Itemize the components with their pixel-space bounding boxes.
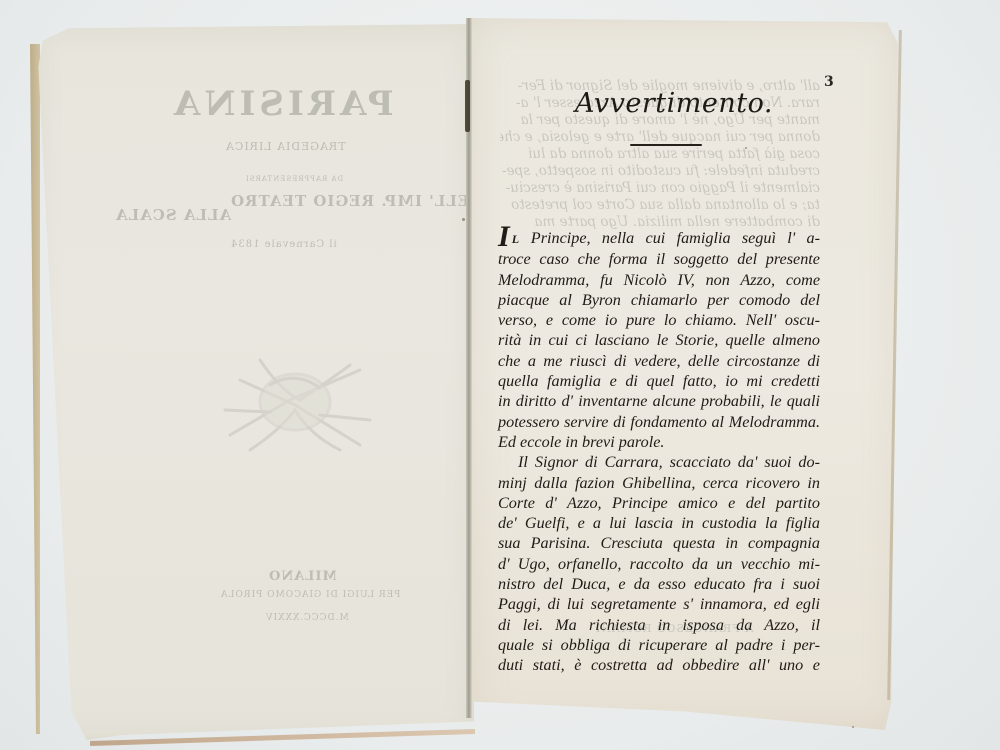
showthrough-emblem-icon — [210, 340, 380, 470]
text-line: quale si obbliga di ricuperare al padre … — [498, 635, 820, 655]
showthrough-line: creduta infedele: fu custodito in sospet… — [500, 163, 820, 180]
showthrough-venue-line2: ALLA SCALA — [115, 206, 231, 224]
text-line: di lei. Ma richiesta in isposa da Azzo, … — [498, 615, 820, 635]
showthrough-small-line: DA RAPPRESENTARSI — [245, 175, 343, 183]
paper-blemish — [462, 218, 465, 221]
text-line: potessero servire di fondamento al Melod… — [498, 412, 820, 432]
left-page-edge — [30, 44, 40, 734]
text-line: Paggi, di lui segretamente s' innamora, … — [498, 594, 820, 614]
text-line: Il Signor di Carrara, scacciato da' suoi… — [498, 452, 820, 472]
text-line: in diritto d' inventarne alcune probabil… — [498, 391, 820, 411]
showthrough-line: cialmente il Paggio con cui Parisina è c… — [500, 180, 820, 197]
photo-background: PARISINA TRAGEDIA LIRICA DA RAPPRESENTAR… — [0, 0, 1000, 750]
text-line: Ed eccole in brevi parole. — [498, 432, 820, 452]
showthrough-line: cosa già fatta perire sua altra donna da… — [500, 146, 820, 163]
text-line: rità in cui ci lasciano le Storie, quell… — [498, 330, 820, 350]
showthrough-city: MILANO — [268, 569, 337, 584]
text-line: piacque al Byron chiamarlo per comodo de… — [498, 290, 820, 310]
small-caps: L — [512, 232, 520, 246]
gutter-stain — [465, 80, 470, 132]
text-line: quella famiglia e di quel fatto, io mi c… — [498, 371, 820, 391]
text-line: troce caso che forma il soggetto del pre… — [498, 249, 820, 269]
showthrough-printer: PER LUIGI DI GIACOMO PIROLA — [220, 590, 400, 600]
page-number: 3 — [824, 74, 834, 90]
text-line: che a me riuscì di vedere, delle circost… — [498, 351, 820, 371]
paper-blemish — [852, 726, 854, 728]
text-line: Corte d' Azzo, Principe amico e del part… — [498, 493, 820, 513]
text-line: sua Parisina. Cresciuta questa in compag… — [498, 533, 820, 553]
showthrough-season: il Carnevale 1834 — [230, 239, 337, 250]
showthrough-line: ta; e lo allontana dalla sua Corte col p… — [500, 197, 820, 214]
showthrough-title: PARISINA — [170, 84, 394, 124]
text-line: duti stati, è costretta ad obbedire all'… — [498, 655, 820, 675]
drop-cap: I — [498, 220, 510, 253]
line-text: Principe, nella cui famiglia seguì l' a- — [520, 229, 820, 247]
text-line: IL Principe, nella cui famiglia seguì l'… — [498, 228, 820, 249]
text-line: nistro del Duca, e da esso educato fra i… — [498, 574, 820, 594]
paper-blemish — [745, 147, 747, 149]
body-text: IL Principe, nella cui famiglia seguì l'… — [498, 228, 820, 676]
text-line: minj dalla fazion Ghibellina, cerca rico… — [498, 473, 820, 493]
text-line: de' Guelfi, e a lui lascia in custodia l… — [498, 513, 820, 533]
showthrough-venue-line1: NELL' IMP. REGIO TEATRO — [230, 192, 484, 210]
showthrough-year: M.DCCC.XXXIV — [265, 613, 349, 623]
text-line: Melodramma, fu Nicolò IV, non Azzo, come — [498, 270, 820, 290]
text-line: d' Ugo, orfanello, raccolto da un vecchi… — [498, 554, 820, 574]
page-heading: Avvertimento. — [575, 88, 773, 119]
text-line: verso, e come io pure lo chiamo. Nell' o… — [498, 310, 820, 330]
heading-rule — [630, 144, 702, 146]
showthrough-subtitle: TRAGEDIA LIRICA — [225, 140, 346, 153]
